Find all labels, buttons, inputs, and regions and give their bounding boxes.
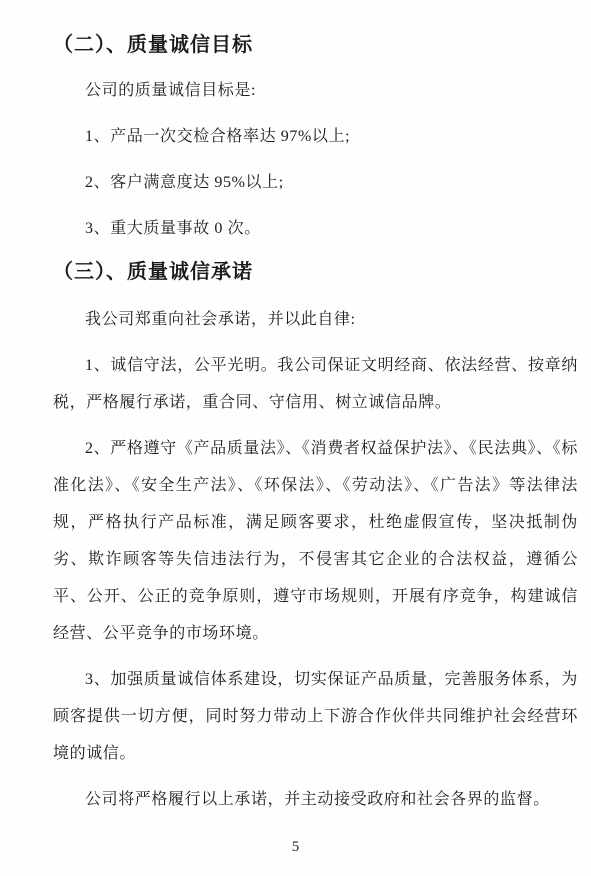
- document-page: （二）、质量诚信目标 公司的质量诚信目标是: 1、产品一次交检合格率达 97%以…: [0, 0, 591, 876]
- goals-intro-paragraph: 公司的质量诚信目标是:: [53, 72, 578, 109]
- goal-item-3: 3、重大质量事故 0 次。: [53, 210, 578, 247]
- commitment-paragraph-2: 2、严格遵守《产品质量法》、《消费者权益保护法》、《民法典》、《标准化法》、《安…: [53, 430, 578, 652]
- closing-paragraph: 公司将严格履行以上承诺，并主动接受政府和社会各界的监督。: [53, 781, 578, 818]
- commitment-paragraph-1: 1、诚信守法，公平光明。我公司保证文明经商、依法经营、按章纳税，严格履行承诺，重…: [53, 347, 578, 421]
- commitment-paragraph-3: 3、加强质量诚信体系建设，切实保证产品质量，完善服务体系，为顾客提供一切方便，同…: [53, 661, 578, 772]
- page-number: 5: [0, 836, 591, 858]
- goal-item-1: 1、产品一次交检合格率达 97%以上;: [53, 118, 578, 155]
- goal-item-2: 2、客户满意度达 95%以上;: [53, 164, 578, 201]
- section-heading-quality-integrity-commitments: （三）、质量诚信承诺: [53, 257, 578, 287]
- commitments-intro-paragraph: 我公司郑重向社会承诺，并以此自律:: [53, 301, 578, 338]
- section-heading-quality-integrity-goals: （二）、质量诚信目标: [53, 30, 578, 60]
